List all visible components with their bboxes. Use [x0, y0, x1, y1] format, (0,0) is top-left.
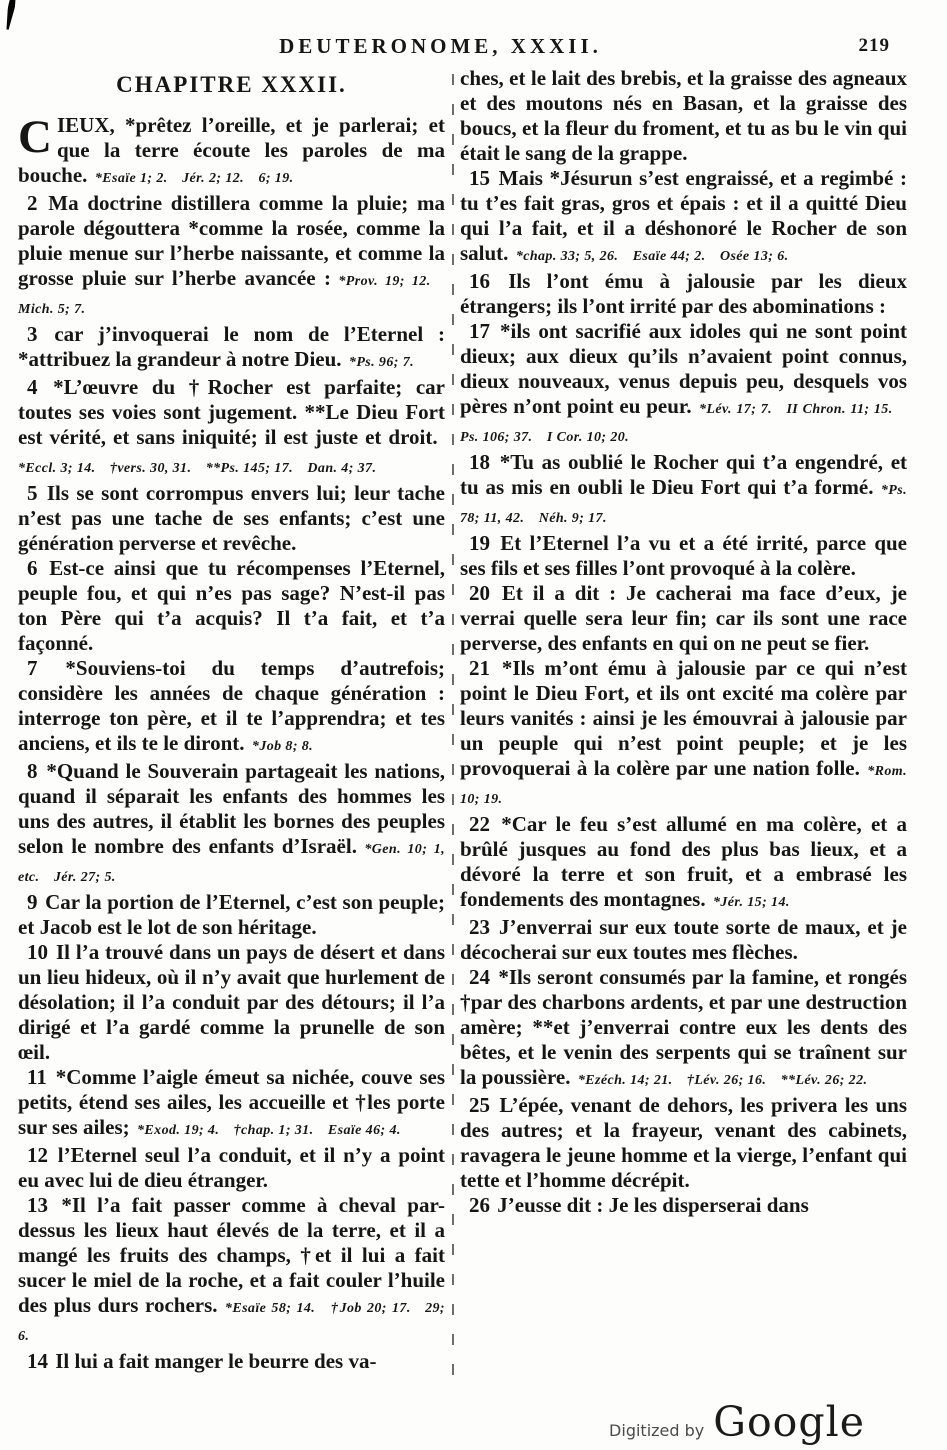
page-title: DEUTERONOME, XXXII. [0, 34, 881, 59]
verse-text: Et il a dit : Je cacherai ma face d’eux,… [460, 581, 907, 655]
verse-number: 20 [469, 581, 502, 605]
verse-text: Est-ce ainsi que tu récompenses l’Eterne… [18, 556, 445, 655]
verse-number: 14 [27, 1349, 55, 1373]
verse-text: J’eusse dit : Je les disperserai dans [497, 1193, 809, 1217]
verse-text: Il l’a trouvé dans un pays de désert et … [18, 940, 445, 1064]
verse: 18 *Tu as oublié le Rocher qui t’a engen… [460, 450, 907, 531]
verse-text: ches, et le lait des brebis, et la grais… [460, 66, 907, 165]
verse: 26 J’eusse dit : Je les disperserai dans [460, 1193, 907, 1218]
verse-number: 16 [469, 269, 508, 293]
chapter-heading: CHAPITRE XXXII. [18, 72, 445, 98]
verse: 25 L’épée, venant de dehors, les privera… [460, 1093, 907, 1193]
watermark: Digitized by Google [609, 1398, 865, 1446]
verse-text: *Souviens-toi du temps d’autrefois; cons… [18, 656, 445, 755]
verse: 12 l’Eternel seul l’a conduit, et il n’y… [18, 1143, 445, 1193]
verse-cross-references: *Exod. 19; 4. †chap. 1; 31. Esaïe 46; 4. [130, 1123, 401, 1138]
verse-number: 17 [469, 319, 500, 343]
verse-text: Il lui a fait manger le beurre des va- [55, 1349, 376, 1373]
verse-text: l’Eternel seul l’a conduit, et il n’y a … [18, 1143, 445, 1192]
left-column: CHAPITRE XXXII. CIEUX, *prêtez l’oreille… [18, 66, 445, 1442]
verse-text: *Tu as oublié le Rocher qui t’a engendré… [460, 450, 907, 499]
verse: ches, et le lait des brebis, et la grais… [460, 66, 907, 166]
verse-number: 21 [469, 656, 502, 680]
verse-number: 10 [27, 940, 56, 964]
verse-number: 13 [27, 1193, 61, 1217]
right-column-verses: ches, et le lait des brebis, et la grais… [460, 66, 907, 1218]
verse-cross-references: *Ezéch. 14; 21. †Lév. 26; 16. **Lév. 26;… [570, 1073, 867, 1088]
verse: 14 Il lui a fait manger le beurre des va… [18, 1349, 445, 1374]
verse-number: 23 [469, 915, 499, 939]
verse: 9 Car la portion de l’Eternel, c’est son… [18, 890, 445, 940]
verse-number: 2 [27, 191, 48, 215]
verse-number: 26 [469, 1193, 497, 1217]
verse-cross-references: *Esaïe 1; 2. Jér. 2; 12. 6; 19. [87, 171, 293, 186]
verse: 13 *Il l’a fait passer comme à cheval pa… [18, 1193, 445, 1349]
verse-number: 7 [27, 656, 65, 680]
verse-number: 6 [27, 556, 49, 580]
right-column: ches, et le lait des brebis, et la grais… [460, 66, 907, 1442]
verse-text: Car la portion de l’Eternel, c’est son p… [18, 890, 445, 939]
page-number: 219 [859, 35, 891, 57]
verse-number: 8 [27, 759, 46, 783]
book-page-scan: DEUTERONOME, XXXII. 219 CHAPITRE XXXII. … [0, 0, 947, 1450]
drop-cap: C [18, 113, 57, 159]
verse-number: 15 [469, 166, 499, 190]
verse: 16 Ils l’ont ému à jalousie par les dieu… [460, 269, 907, 319]
verse-text: *Ils seront consumés par la famine, et r… [460, 965, 907, 1089]
verse-number: 19 [469, 531, 500, 555]
verse: 17 *ils ont sacrifié aux idoles qui ne s… [460, 319, 907, 450]
text-columns: CHAPITRE XXXII. CIEUX, *prêtez l’oreille… [18, 66, 907, 1442]
verse-cross-references: *chap. 33; 5, 26. Esaïe 44; 2. Osée 13; … [508, 249, 788, 264]
verse-number: 5 [27, 481, 47, 505]
verse: 3 car j’invoquerai le nom de l’Eternel :… [18, 322, 445, 375]
verse: CIEUX, *prêtez l’oreille, et je parlerai… [18, 113, 445, 191]
verse-cross-references: *Jér. 15; 14. [706, 895, 790, 910]
digitized-by-label: Digitized by [609, 1421, 704, 1440]
verse: 22 *Car le feu s’est allumé en ma colère… [460, 812, 907, 915]
verse-text: Ils se sont corrompus envers lui; leur t… [18, 481, 445, 555]
verse: 4 *L’œuvre du †Rocher est parfaite; car … [18, 375, 445, 481]
verse-number: 9 [27, 890, 45, 914]
verse-text: *Il l’a fait passer comme à cheval par-d… [18, 1193, 445, 1317]
verse-cross-references: *Job 8; 8. [245, 739, 314, 754]
verse: 8 *Quand le Souverain partageait les nat… [18, 759, 445, 890]
verse-number: 3 [27, 322, 54, 346]
verse: 20 Et il a dit : Je cacherai ma face d’e… [460, 581, 907, 656]
verse-number: 12 [27, 1143, 58, 1167]
left-column-verses: CIEUX, *prêtez l’oreille, et je parlerai… [18, 113, 445, 1374]
verse-text: Et l’Eternel l’a vu et a été irrité, par… [460, 531, 907, 580]
verse-text: J’enverrai sur eux toute sorte de maux, … [460, 915, 907, 964]
verse-number: 22 [469, 812, 501, 836]
verse-number: 4 [27, 375, 53, 399]
verse: 2 Ma doctrine distillera comme la pluie;… [18, 191, 445, 322]
verse: 19 Et l’Eternel l’a vu et a été irrité, … [460, 531, 907, 581]
verse: 15 Mais *Jésurun s’est engraissé, et a r… [460, 166, 907, 269]
verse: 11 *Comme l’aigle émeut sa nichée, couve… [18, 1065, 445, 1143]
verse-number: 18 [469, 450, 500, 474]
column-divider-rule [452, 74, 454, 1390]
verse: 23 J’enverrai sur eux toute sorte de mau… [460, 915, 907, 965]
scan-artifact-mark [4, 0, 16, 30]
verse-text: *L’œuvre du †Rocher est parfaite; car to… [18, 375, 445, 449]
verse-cross-references: *Ps. 96; 7. [342, 355, 414, 370]
verse-text: Ils l’ont ému à jalousie par les dieux é… [460, 269, 907, 318]
running-head: DEUTERONOME, XXXII. 219 [0, 34, 947, 62]
verse: 6 Est-ce ainsi que tu récompenses l’Eter… [18, 556, 445, 656]
verse: 21 *Ils m’ont ému à jalousie par ce qui … [460, 656, 907, 812]
verse: 24 *Ils seront consumés par la famine, e… [460, 965, 907, 1093]
verse-text: *Ils m’ont ému à jalousie par ce qui n’e… [460, 656, 907, 780]
verse-number: 25 [469, 1093, 499, 1117]
verse-text: L’épée, venant de dehors, les privera le… [460, 1093, 907, 1192]
verse: 5 Ils se sont corrompus envers lui; leur… [18, 481, 445, 556]
verse-number: 24 [469, 965, 498, 989]
verse-number: 11 [27, 1065, 56, 1089]
google-logo: Google [713, 1398, 865, 1446]
verse: 10 Il l’a trouvé dans un pays de désert … [18, 940, 445, 1065]
verse-text: *Car le feu s’est allumé en ma colère, e… [460, 812, 907, 911]
verse: 7 *Souviens-toi du temps d’autrefois; co… [18, 656, 445, 759]
